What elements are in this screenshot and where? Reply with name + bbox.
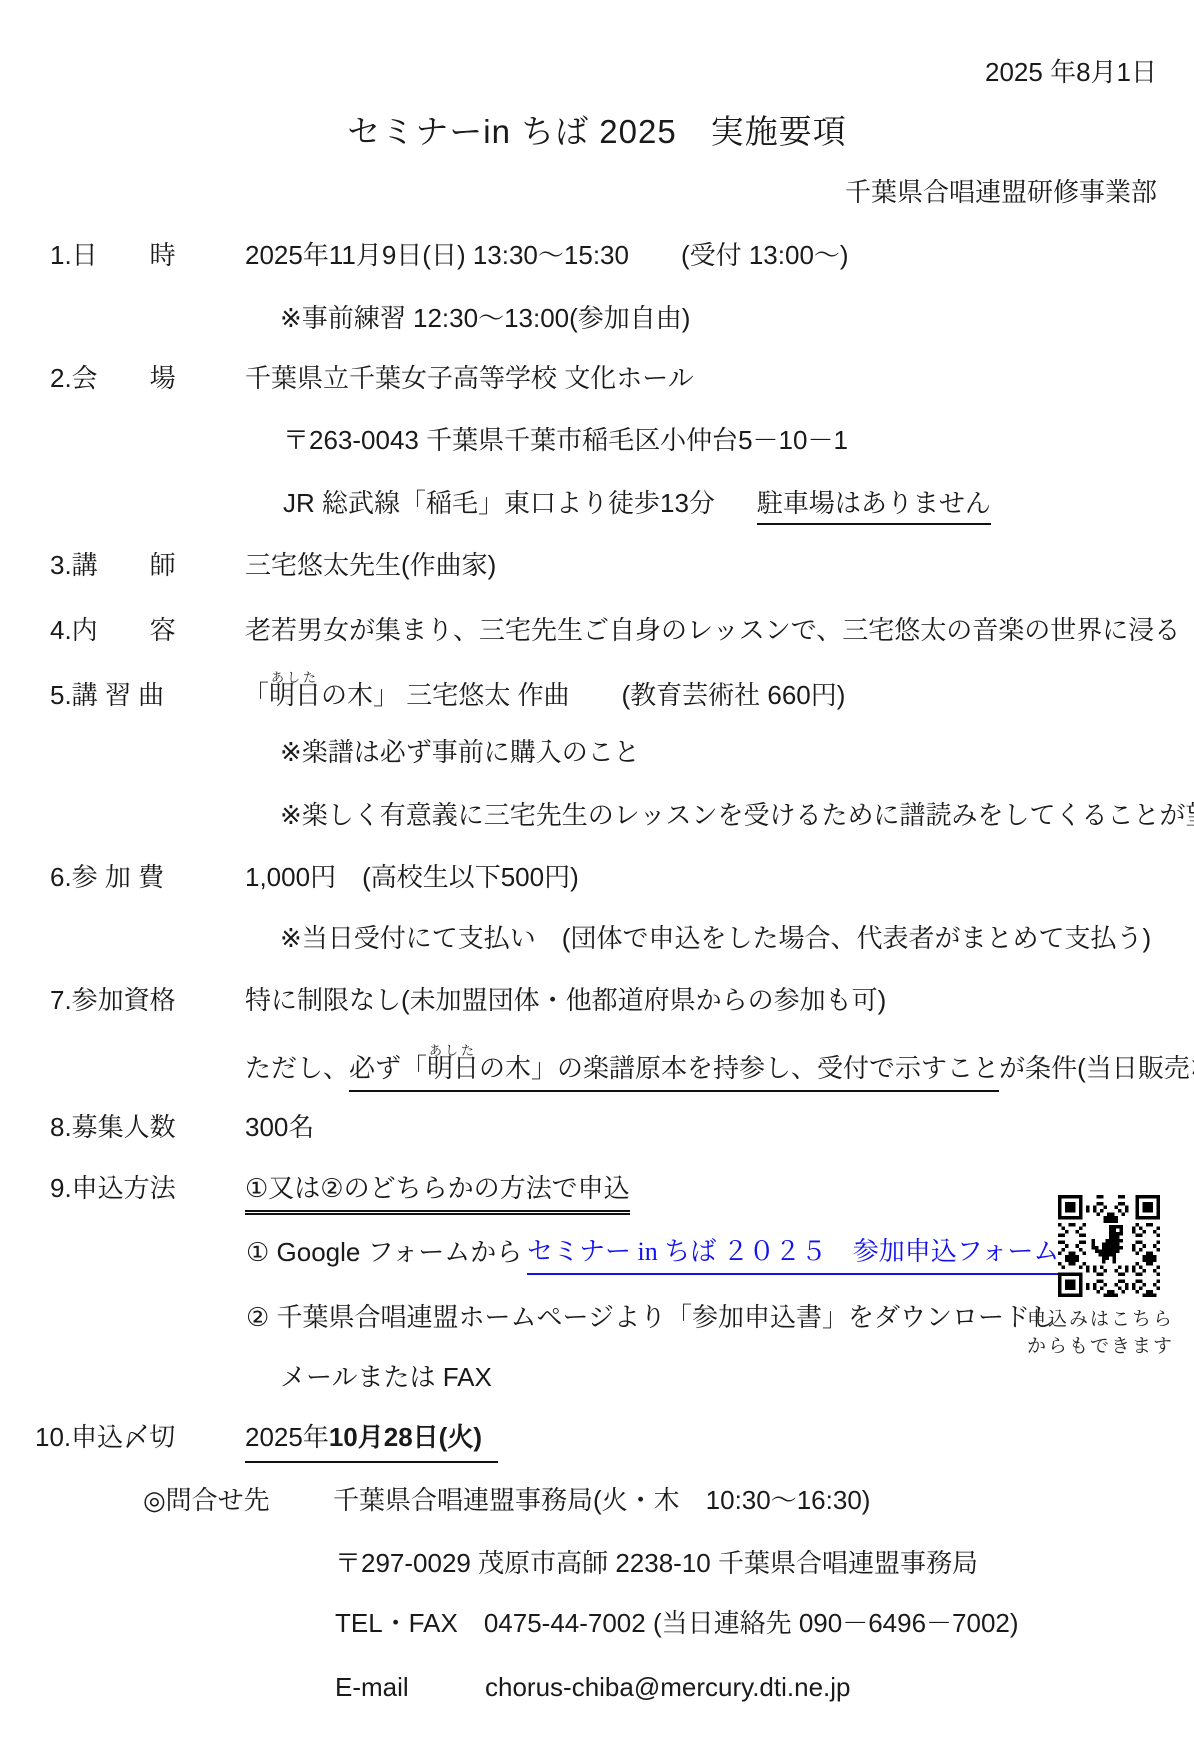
condition-underlined: 必ず「明日あしたの木」の楽譜原本を持参し、受付で示すこと	[349, 1053, 999, 1092]
section-datetime-value: 2025年11月9日(日) 13:30～15:30 (受付 13:00～)	[245, 237, 849, 273]
section-venue-value: 千葉県立千葉女子高等学校 文化ホール	[245, 360, 694, 396]
section-venue-label: 2.会 場	[50, 360, 176, 396]
qr-caption-line2: からもできます	[1018, 1333, 1183, 1360]
venue-access-text: JR 総武線「稲毛」東口より徒歩13分	[283, 488, 715, 518]
application-method2: ② 千葉県合唱連盟ホームページより「参加申込書」をダウンロードし	[246, 1299, 1056, 1335]
piece-open-quote: 「	[243, 680, 269, 710]
section-contents-value: 老若男女が集まり、三宅先生ご自身のレッスンで、三宅悠太の音楽の世界に浸る	[245, 612, 1180, 648]
section-eligibility-value: 特に制限なし(未加盟団体・他都道府県からの参加も可)	[245, 982, 886, 1018]
condition-ruby: 明日あした	[427, 1050, 479, 1086]
application-method2-cont: メールまたは FAX	[280, 1359, 492, 1395]
section-lecturer-label: 3.講 師	[50, 547, 176, 583]
contact-email-label: E-mail	[335, 1669, 409, 1705]
page-title: セミナーin ちば 2025 実施要項	[0, 106, 1194, 153]
section-datetime-label: 1.日 時	[50, 237, 176, 273]
venue-access: JR 総武線「稲毛」東口より徒歩13分駐車場はありません	[283, 485, 991, 521]
section-piece-label: 5.講 習 曲	[50, 677, 164, 713]
piece-furigana: あした	[271, 660, 319, 696]
department-name: 千葉県合唱連盟研修事業部	[845, 172, 1157, 209]
section-capacity-value: 300名	[245, 1109, 314, 1145]
section-application-value: ①又は②のどちらかの方法で申込	[245, 1170, 630, 1215]
method1-prefix: ① Google フォームから	[246, 1234, 522, 1270]
contact-address: 〒297-0029 茂原市高師 2238-10 千葉県合唱連盟事務局	[335, 1545, 978, 1581]
section-eligibility-label: 7.参加資格	[50, 982, 176, 1018]
section-fee-value: 1,000円 (高校生以下500円)	[245, 859, 579, 895]
fee-note: ※当日受付にて支払い (団体で申込をした場合、代表者がまとめて支払う)	[280, 920, 1151, 956]
section-lecturer-value: 三宅悠太先生(作曲家)	[245, 547, 496, 583]
venue-address: 〒263-0043 千葉県千葉市稲毛区小仲台5－10－1	[283, 422, 848, 458]
piece-ruby: 明日あした	[269, 677, 321, 713]
eligibility-condition: ただし、必ず「明日あしたの木」の楽譜原本を持参し、受付で示すことが条件(当日販売…	[245, 1050, 1194, 1086]
qr-caption: 申込みはこちら からもできます	[1018, 1306, 1183, 1360]
contact-office: 千葉県合唱連盟事務局(火・木 10:30～16:30)	[333, 1482, 870, 1518]
qr-caption-line1: 申込みはこちら	[1018, 1306, 1183, 1333]
contact-telfax: TEL・FAX 0475-44-7002 (当日連絡先 090－6496－700…	[335, 1605, 1019, 1641]
condition-suffix: が条件(当日販売なし)	[999, 1053, 1194, 1083]
contact-label: ◎問合せ先	[143, 1482, 270, 1518]
section-application-label: 9.申込方法	[50, 1170, 176, 1206]
piece-note1: ※楽譜は必ず事前に購入のこと	[280, 734, 640, 770]
parking-note: 駐車場はありません	[757, 488, 991, 525]
condition-post: の木」の楽譜原本を持参し、受付で示すこと	[479, 1053, 999, 1083]
issue-date: 2025 年8月1日	[985, 52, 1157, 89]
section-capacity-label: 8.募集人数	[50, 1109, 176, 1145]
section-fee-label: 6.参 加 費	[50, 859, 164, 895]
seminar-notice-document: 2025 年8月1日 セミナーin ちば 2025 実施要項 千葉県合唱連盟研修…	[0, 0, 1194, 1750]
qr-code-dino-icon	[1058, 1195, 1160, 1297]
section-piece-value: 「明日あしたの木」 三宅悠太 作曲 (教育芸術社 660円)	[243, 677, 845, 713]
deadline-year: 2025年	[245, 1422, 329, 1452]
deadline-date: 10月28日(火)	[329, 1422, 482, 1452]
section-deadline-value: 2025年10月28日(火)	[245, 1419, 498, 1463]
condition-prefix: ただし、	[245, 1053, 349, 1083]
condition-pre: 必ず「	[349, 1053, 427, 1083]
piece-note2: ※楽しく有意義に三宅先生のレッスンを受けるために譜読みをしてくることが望ましい	[280, 797, 1194, 833]
section-deadline-label: 10.申込〆切	[35, 1419, 175, 1455]
application-form-link[interactable]: セミナー in ちば ２０２５ 参加申込フォーム	[527, 1234, 1059, 1275]
piece-rest: の木」 三宅悠太 作曲 (教育芸術社 660円)	[321, 680, 845, 710]
condition-furigana: あした	[429, 1033, 477, 1069]
section-contents-label: 4.内 容	[50, 612, 176, 648]
contact-email-value: chorus-chiba@mercury.dti.ne.jp	[485, 1669, 851, 1705]
datetime-note: ※事前練習 12:30～13:00(参加自由)	[280, 300, 690, 336]
